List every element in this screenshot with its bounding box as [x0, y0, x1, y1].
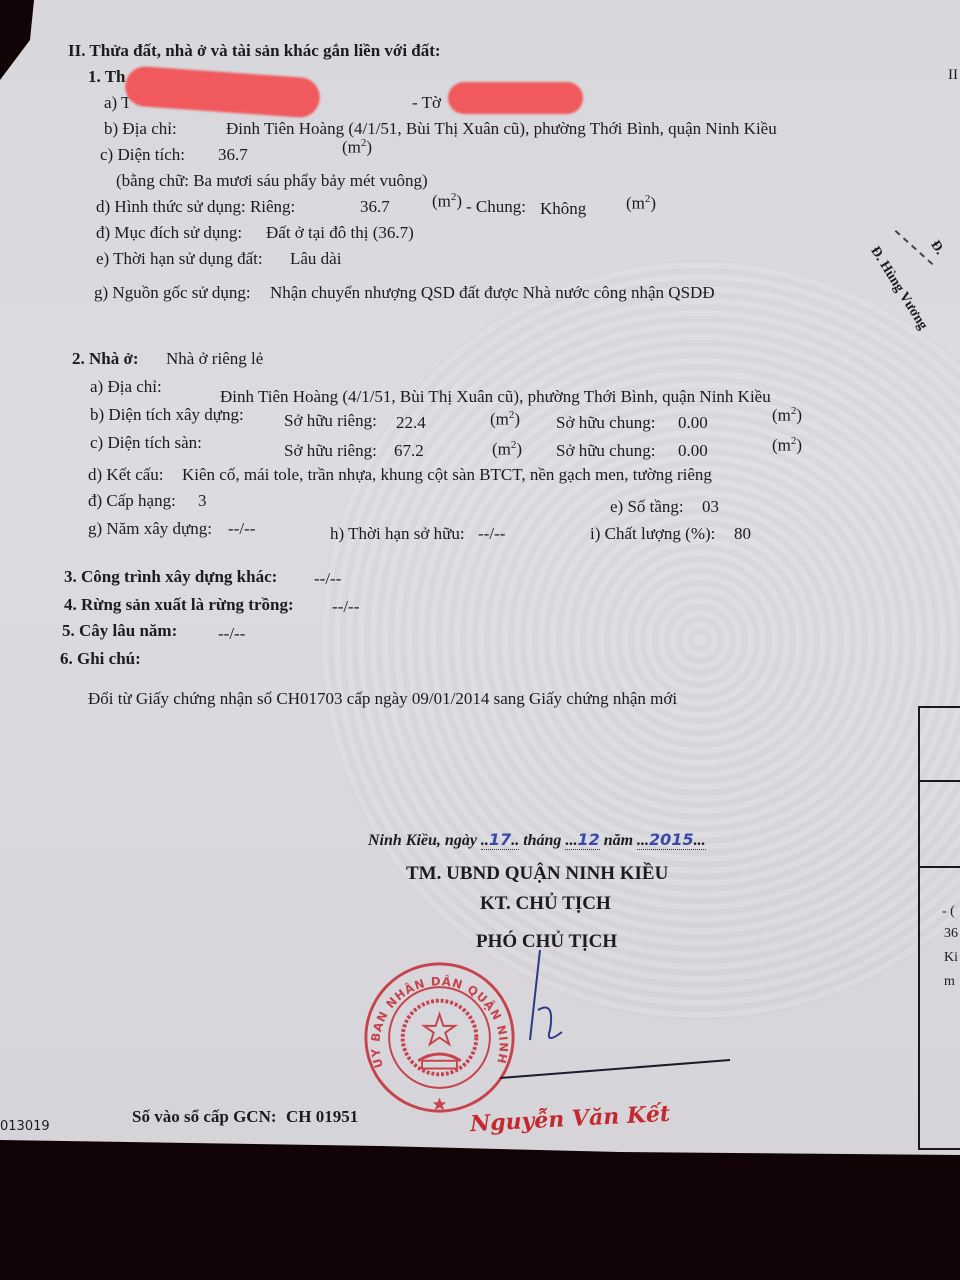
right-table-line: 36 [944, 926, 958, 942]
house-build-private-unit: (m2) [490, 410, 520, 428]
land-private-value: 36.7 [360, 198, 390, 215]
perennial-value: --/-- [218, 625, 245, 642]
house-address-label: a) Địa chỉ: [90, 378, 162, 395]
land-term-value: Lâu dài [290, 250, 341, 267]
note-label: 6. Ghi chú: [60, 650, 141, 667]
house-heading: 2. Nhà ở: [72, 350, 139, 367]
issuing-authority: TM. UBND QUẬN NINH KIỀU [406, 864, 668, 883]
house-floor-shared-unit: (m2) [772, 436, 802, 454]
official-seal-icon: ỦY BAN NHÂN DÂN QUẬN NINH KIỀU TP. CẦN T… [362, 960, 517, 1115]
house-quality-label: i) Chất lượng (%): [590, 525, 715, 542]
land-area-words: (bằng chữ: Ba mươi sáu phẩy bảy mét vuôn… [116, 172, 428, 189]
land-heading: 1. Th [88, 68, 126, 85]
forest-label: 4. Rừng sản xuất là rừng trồng: [64, 596, 294, 613]
right-table-line: m [944, 974, 955, 990]
signer-title-1: KT. CHỦ TỊCH [480, 894, 611, 913]
right-page-table: - ( 36 Ki m [918, 706, 960, 1150]
right-table-line: Ki [944, 950, 958, 966]
house-floor-shared-value: 0.00 [678, 442, 708, 459]
forest-value: --/-- [332, 598, 359, 615]
other-works-label: 3. Công trình xây dựng khác: [64, 568, 277, 585]
house-type: Nhà ở riêng lẻ [166, 350, 263, 367]
house-address-value: Đinh Tiên Hoàng (4/1/51, Bùi Thị Xuân cũ… [220, 388, 771, 405]
house-grade-label: đ) Cấp hạng: [88, 492, 176, 509]
perennial-label: 5. Cây lâu năm: [62, 622, 177, 639]
house-year-label: g) Năm xây dựng: [88, 520, 212, 537]
street-label-hung-vuong: Đ. Hùng Vương [866, 244, 930, 333]
land-purpose-label: đ) Mục đích sử dụng: [96, 224, 242, 241]
land-origin-label: g) Nguồn gốc sử dụng: [94, 284, 251, 301]
street-label-fragment: Đ. [926, 238, 947, 258]
certificate-page: II. Thửa đất, nhà ở và tài sản khác gắn … [0, 0, 960, 1160]
redaction-mark [448, 82, 583, 114]
right-table-line: - ( [942, 904, 955, 920]
note-text: Đổi từ Giấy chứng nhận số CH01703 cấp ng… [88, 690, 677, 707]
watermark-emblem [320, 260, 960, 1020]
house-quality-value: 80 [734, 525, 751, 542]
land-shared-label: - Chung: [466, 198, 526, 215]
land-use-form-label: d) Hình thức sử dụng: Riêng: [96, 198, 295, 215]
redaction-mark [124, 65, 321, 119]
house-ownership-term-label: h) Thời hạn sở hữu: [330, 525, 465, 542]
house-floor-shared-label: Sở hữu chung: [556, 442, 655, 459]
land-address-label: b) Địa chỉ: [104, 120, 177, 137]
house-ownership-term-value: --/-- [478, 525, 505, 542]
registry-number: CH 01951 [286, 1108, 358, 1125]
other-works-value: --/-- [314, 570, 341, 587]
house-structure-label: d) Kết cấu: [88, 466, 164, 483]
registry-label: Số vào sổ cấp GCN: [132, 1108, 277, 1125]
land-shared-unit: (m2) [626, 194, 656, 212]
land-shared-value: Không [540, 200, 586, 217]
signer-title-2: PHÓ CHỦ TỊCH [476, 932, 617, 951]
house-build-area-label: b) Diện tích xây dựng: [90, 406, 244, 423]
section-heading: II. Thửa đất, nhà ở và tài sản khác gắn … [68, 42, 441, 59]
house-floors-label: e) Số tầng: [610, 498, 684, 515]
land-area-unit: (m2) [342, 138, 372, 156]
land-private-unit: (m2) [432, 192, 462, 210]
serial-fragment: 013019 [0, 1120, 50, 1133]
house-floors-value: 03 [702, 498, 719, 515]
house-floor-private-unit: (m2) [492, 440, 522, 458]
land-area-label: c) Diện tích: [100, 146, 185, 163]
house-build-shared-unit: (m2) [772, 406, 802, 424]
house-year-value: --/-- [228, 520, 255, 537]
right-page-roman: II [948, 68, 958, 83]
land-term-label: e) Thời hạn sử dụng đất: [96, 250, 263, 267]
land-purpose-value: Đất ở tại đô thị (36.7) [266, 224, 414, 241]
house-floor-private-label: Sở hữu riêng: [284, 442, 377, 459]
house-structure-value: Kiên cố, mái tole, trần nhựa, khung cột … [182, 466, 712, 483]
land-address-value: Đinh Tiên Hoàng (4/1/51, Bùi Thị Xuân cũ… [226, 120, 777, 137]
house-floor-area-label: c) Diện tích sàn: [90, 434, 202, 451]
signing-date: Ninh Kiều, ngày ..17.. tháng ...12 năm .… [368, 832, 706, 849]
land-sheet-label: - Tờ [412, 94, 441, 111]
signature-stroke-icon [500, 950, 750, 1090]
house-grade-value: 3 [198, 492, 207, 509]
house-build-private-value: 22.4 [396, 414, 426, 431]
house-build-shared-value: 0.00 [678, 414, 708, 431]
land-area-value: 36.7 [218, 146, 248, 163]
land-origin-value: Nhận chuyển nhượng QSD đất được Nhà nước… [270, 284, 715, 301]
house-floor-private-value: 67.2 [394, 442, 424, 459]
house-build-private-label: Sở hữu riêng: [284, 412, 377, 429]
house-build-shared-label: Sở hữu chung: [556, 414, 655, 431]
